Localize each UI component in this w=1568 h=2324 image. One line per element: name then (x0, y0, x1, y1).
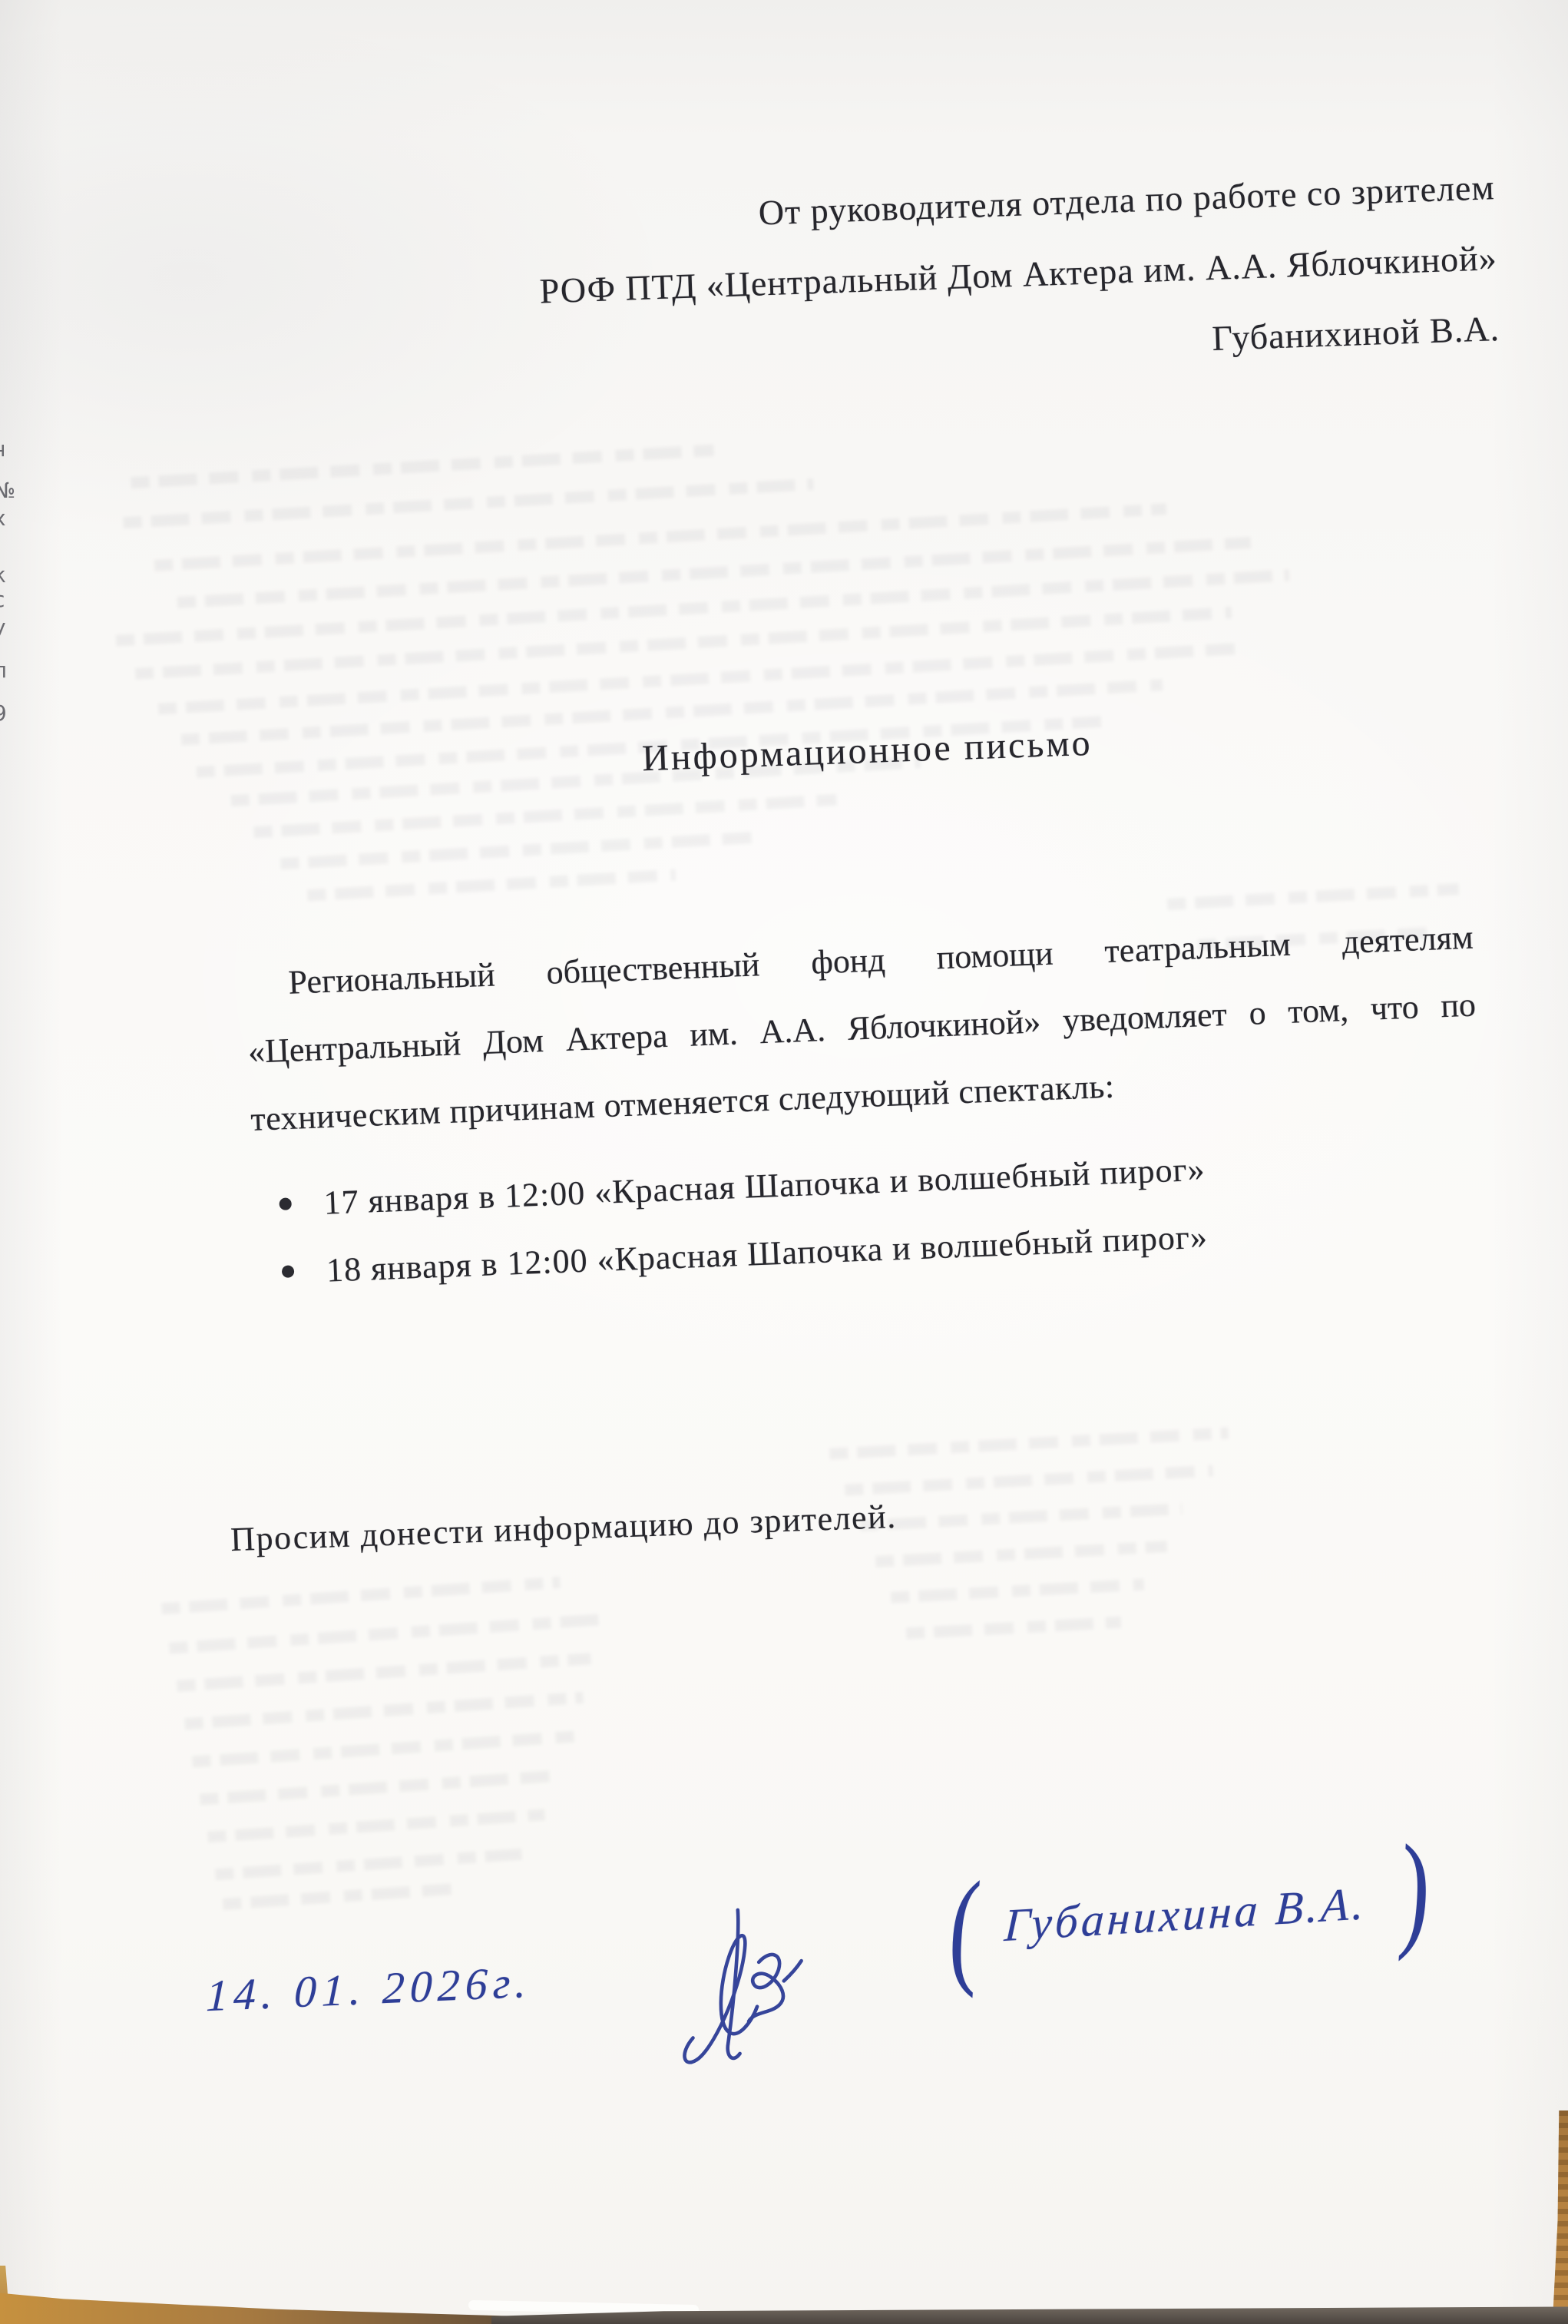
ghost-line (131, 445, 714, 488)
edge-fragment: х (0, 505, 6, 531)
ghost-line (307, 869, 676, 902)
signature-scribble (660, 1882, 823, 2074)
handwritten-date: 14. 01. 2026г. (205, 1956, 532, 2022)
ghost-line (116, 569, 1289, 646)
ghost-line (207, 1809, 545, 1842)
edge-fragment: л (0, 657, 7, 683)
edge-fragment: № (0, 478, 15, 503)
ghost-line (875, 1541, 1167, 1568)
bullet-icon (282, 1265, 295, 1278)
ghost-line (200, 1769, 561, 1805)
signature-name-text: Губанихина В.А. (1003, 1876, 1368, 1952)
handwritten-signature (660, 1882, 823, 2074)
wood-table-right-edge (1548, 2110, 1568, 2324)
open-paren: ( (944, 1862, 981, 1993)
ghost-line (845, 1465, 1213, 1495)
ghost-line (215, 1849, 522, 1880)
ghost-line (891, 1578, 1144, 1603)
ghost-line (177, 537, 1252, 608)
ghost-line (177, 1653, 591, 1692)
close-paren: ) (1394, 1824, 1432, 1955)
ghost-line (829, 1427, 1229, 1459)
bullet-icon (279, 1197, 292, 1210)
ghost-line (161, 1577, 561, 1614)
edge-fragment: 9 (0, 700, 7, 726)
letter-header: От руководителя отдела по работе со зрит… (536, 152, 1500, 397)
ghost-line (280, 832, 756, 870)
ghost-line (123, 478, 813, 528)
edge-fragment: у (0, 614, 6, 640)
edge-fragment: ч (0, 436, 6, 462)
ghost-line (223, 1883, 453, 1910)
edge-fragment: к (0, 562, 6, 588)
body-paragraph: Региональный общественный фонд помощи те… (244, 904, 1480, 1154)
ghost-line (158, 642, 1248, 714)
wood-table-bottom-left (0, 2287, 531, 2324)
ghost-line (192, 1730, 576, 1767)
ghost-line (169, 1614, 599, 1654)
edge-fragment: с (0, 587, 5, 612)
letter-title: Информационное письмо (641, 722, 1093, 780)
closing-line: Просим донести информацию до зрителей. (230, 1497, 897, 1559)
cancelled-shows-list: 17 января в 12:00 «Красная Шапочка и вол… (278, 1135, 1209, 1306)
ghost-line (860, 1503, 1183, 1531)
ghost-line (135, 607, 1232, 680)
ghost-line (906, 1617, 1121, 1640)
handwritten-name: ( Губанихина В.А. ) (938, 1835, 1440, 1994)
ghost-line (184, 1692, 584, 1730)
photographed-letter: ч № х ' к с у л , 9 От руководителя отде… (0, 0, 1568, 2324)
